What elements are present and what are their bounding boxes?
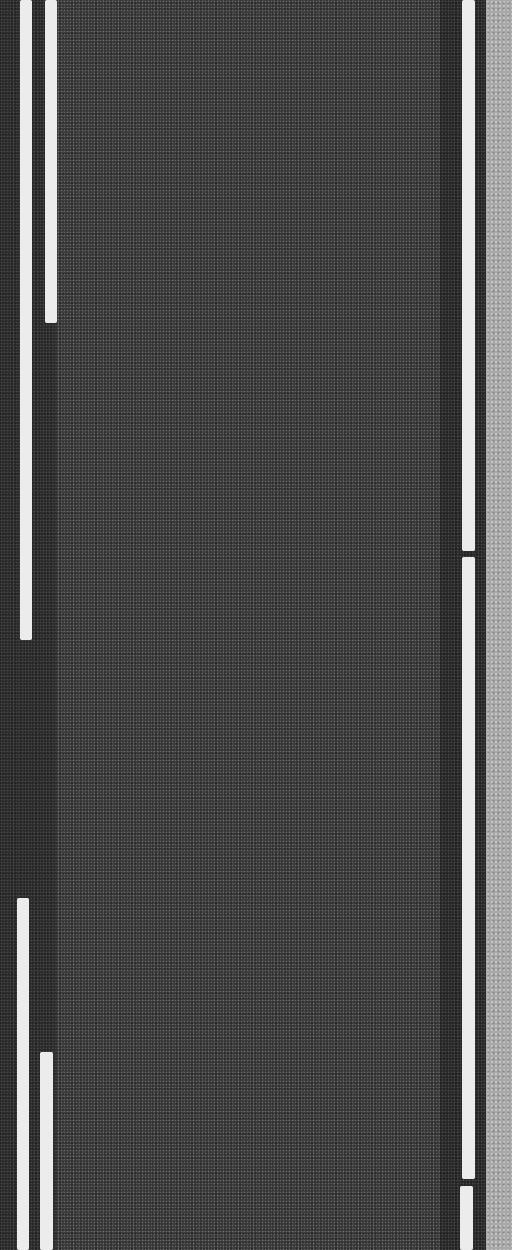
lane-marking-left-solid: [40, 1052, 53, 1250]
lane-marking-right-edge: [460, 1186, 473, 1250]
lane-marking-right-edge: [462, 557, 475, 1179]
lane-marking-left-dash: [17, 898, 29, 1250]
road-scene: [0, 0, 512, 1250]
curb: [486, 0, 512, 1250]
asphalt-surface: [0, 0, 512, 1250]
lane-marking-left-dash: [20, 0, 32, 640]
lane-marking-right-edge: [462, 0, 475, 551]
lane-marking-left-solid: [45, 0, 57, 323]
